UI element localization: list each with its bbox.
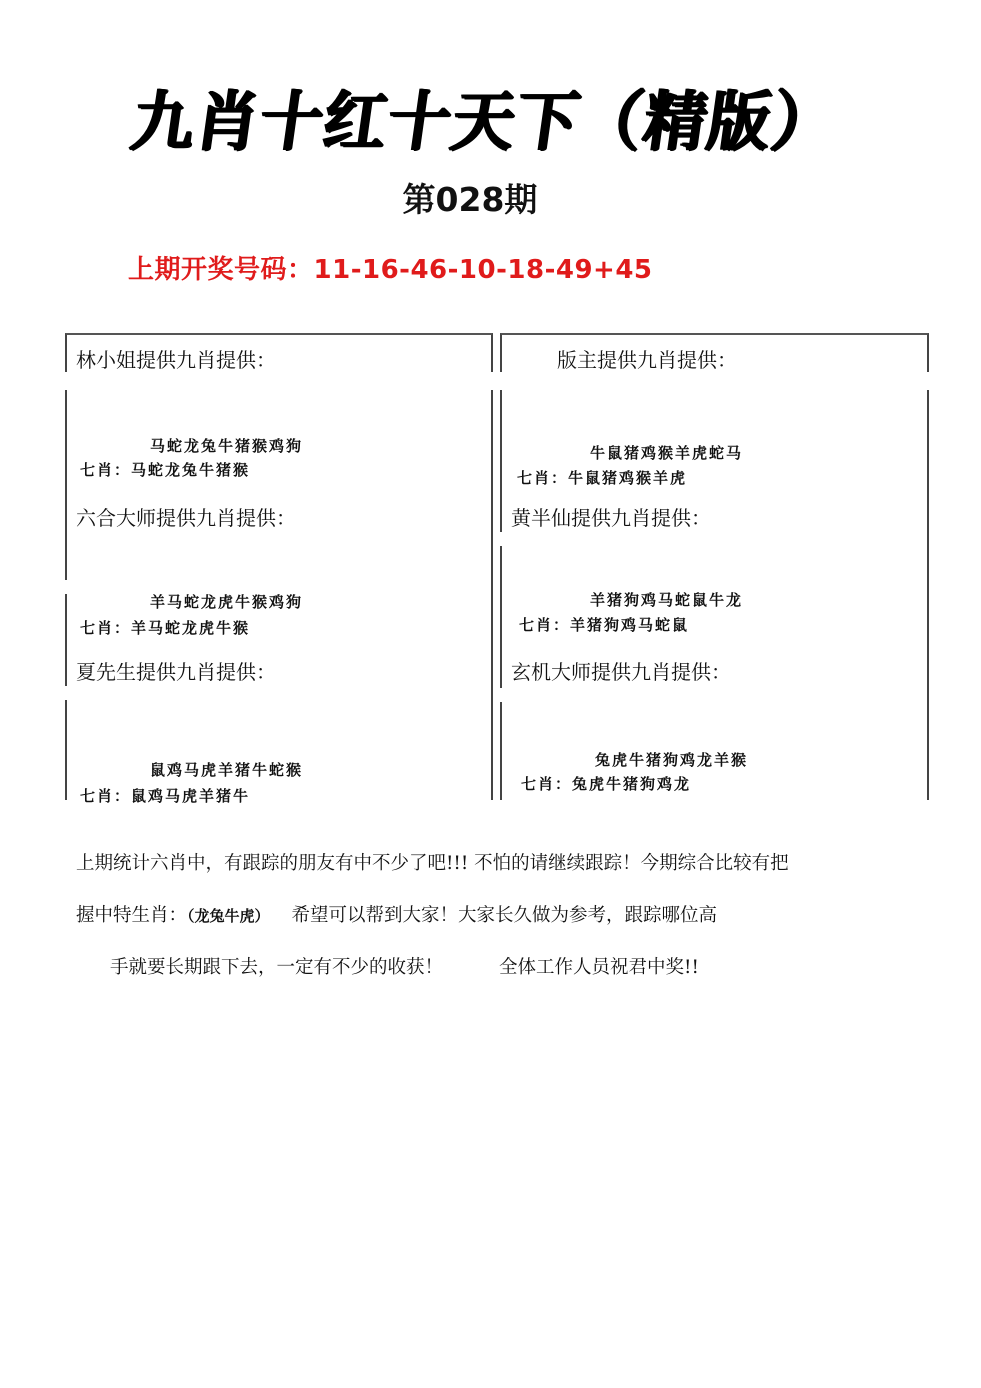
entry-heading: 版主提供九肖提供：	[557, 346, 737, 374]
prediction-entry: 六合大师提供九肖提供： 羊马蛇龙虎牛猴鸡狗 七肖：羊马蛇龙虎牛猴	[70, 502, 490, 657]
issue-number: 第028期	[0, 178, 940, 222]
footer-line-2: 握中特生肖：（龙兔牛虎）希望可以帮到大家！大家长久做为参考，跟踪哪位高	[76, 903, 717, 929]
seven-values: 马蛇龙兔牛猪猴	[131, 461, 250, 479]
seven-zodiacs: 七肖：牛鼠猪鸡猴羊虎	[517, 468, 687, 488]
entry-heading: 六合大师提供九肖提供：	[76, 504, 296, 532]
footer-line-3-text: 手就要长期跟下去，一定有不少的收获！	[110, 957, 443, 978]
issue-number-text: 第028期	[403, 180, 538, 219]
prediction-entry: 夏先生提供九肖提供： 鼠鸡马虎羊猪牛蛇猴 七肖：鼠鸡马虎羊猪牛	[70, 656, 490, 811]
seven-label: 七肖：	[80, 787, 131, 805]
footer-line-3: 手就要长期跟下去，一定有不少的收获！全体工作人员祝君中奖!!	[110, 955, 699, 981]
good-luck-message: 全体工作人员祝君中奖!!	[499, 957, 699, 978]
special-zodiac-label: 握中特生肖：	[76, 905, 187, 926]
seven-label: 七肖：	[521, 775, 572, 793]
prediction-entry: 版主提供九肖提供： 牛鼠猪鸡猴羊虎蛇马 七肖：牛鼠猪鸡猴羊虎	[505, 340, 925, 495]
seven-values: 羊猪狗鸡马蛇鼠	[570, 616, 689, 634]
entry-heading: 夏先生提供九肖提供：	[76, 658, 276, 686]
last-draw-result: 上期开奖号码：11-16-46-10-18-49+45	[128, 252, 653, 288]
seven-label: 七肖：	[517, 469, 568, 487]
seven-label: 七肖：	[519, 616, 570, 634]
entry-heading: 玄机大师提供九肖提供：	[511, 658, 731, 686]
special-zodiac-values: （龙兔牛虎）	[187, 907, 270, 925]
seven-values: 鼠鸡马虎羊猪牛	[131, 787, 250, 805]
nine-zodiacs: 羊猪狗鸡马蛇鼠牛龙	[590, 590, 743, 610]
seven-values: 羊马蛇龙虎牛猴	[131, 619, 250, 637]
seven-label: 七肖：	[80, 461, 131, 479]
prediction-entry: 林小姐提供九肖提供： 马蛇龙兔牛猪猴鸡狗 七肖：马蛇龙兔牛猪猴	[70, 340, 490, 495]
entry-heading: 林小姐提供九肖提供：	[76, 346, 276, 374]
prediction-entry: 黄半仙提供九肖提供： 羊猪狗鸡马蛇鼠牛龙 七肖：羊猪狗鸡马蛇鼠	[505, 502, 925, 657]
seven-values: 兔虎牛猪狗鸡龙	[572, 775, 691, 793]
nine-zodiacs: 牛鼠猪鸡猴羊虎蛇马	[590, 443, 743, 463]
footer-line-1: 上期统计六肖中，有跟踪的朋友有中不少了吧!!! 不怕的请继续跟踪！今期综合比较有…	[76, 851, 789, 877]
seven-zodiacs: 七肖：羊马蛇龙虎牛猴	[80, 618, 250, 638]
nine-zodiacs: 马蛇龙兔牛猪猴鸡狗	[150, 436, 303, 456]
footer-line-2-text: 希望可以帮到大家！大家长久做为参考，跟踪哪位高	[292, 905, 718, 926]
last-draw-label: 上期开奖号码：	[128, 255, 314, 285]
seven-zodiacs: 七肖：鼠鸡马虎羊猪牛	[80, 786, 250, 806]
seven-zodiacs: 七肖：羊猪狗鸡马蛇鼠	[519, 615, 689, 635]
nine-zodiacs: 羊马蛇龙虎牛猴鸡狗	[150, 592, 303, 612]
seven-zodiacs: 七肖：马蛇龙兔牛猪猴	[80, 460, 250, 480]
seven-values: 牛鼠猪鸡猴羊虎	[568, 469, 687, 487]
nine-zodiacs: 鼠鸡马虎羊猪牛蛇猴	[150, 760, 303, 780]
seven-zodiacs: 七肖：兔虎牛猪狗鸡龙	[521, 774, 691, 794]
nine-zodiacs: 兔虎牛猪狗鸡龙羊猴	[595, 750, 748, 770]
last-draw-numbers: 11-16-46-10-18-49+45	[314, 255, 653, 285]
seven-label: 七肖：	[80, 619, 131, 637]
page-title: 九肖十红十天下（精版）	[126, 80, 828, 164]
prediction-entry: 玄机大师提供九肖提供： 兔虎牛猪狗鸡龙羊猴 七肖：兔虎牛猪狗鸡龙	[505, 656, 925, 811]
entry-heading: 黄半仙提供九肖提供：	[511, 504, 711, 532]
